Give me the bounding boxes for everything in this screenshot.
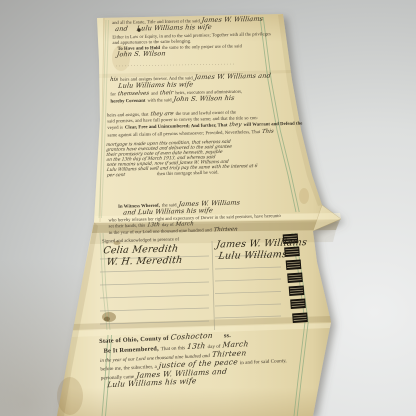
revenue-stamp [287,272,303,283]
ink-blot [137,28,140,31]
stain-spot [112,45,130,71]
revenue-stamp [290,298,306,309]
stain-spot [114,241,121,245]
stain-spot [57,377,83,415]
document-photo [0,0,416,416]
stain-spot [299,188,309,204]
revenue-stamp [286,259,302,270]
fold-crease-shadow-soft [90,222,338,244]
revenue-stamp [283,233,299,244]
revenue-stamp [284,246,300,257]
revenue-stamp [292,312,308,323]
photo-backdrop: and all the Estate, Title and Interest o… [0,0,416,416]
revenue-stamp [289,285,305,296]
